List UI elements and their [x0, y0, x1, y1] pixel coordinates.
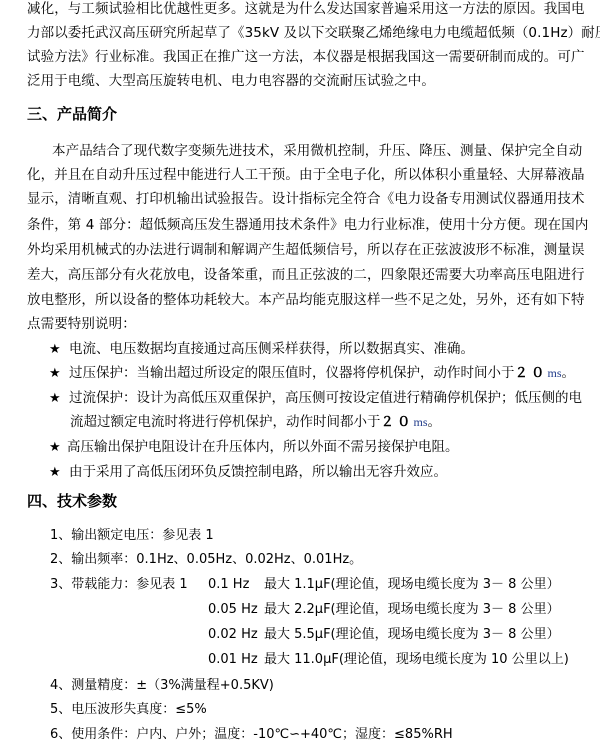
capacity-row: 0.1 Hz最大 1.1μF(理论值，现场电缆长度为 3－ 8 公里）	[208, 576, 560, 594]
paragraph-line: 条件，第 4 部分：超低频高压发生器通用技术条件》电力行业标准，使用十分方便。现…	[27, 216, 588, 234]
capacity-frequency: 0.05 Hz	[208, 601, 264, 619]
capacity-value: 最大 5.5μF(理论值，现场电缆长度为 3－ 8 公里）	[264, 627, 560, 642]
bullet-text: 过流保护：设计为高低压双重保护，高压侧可按设定值进行精确停机保护；低压侧的电	[69, 390, 582, 406]
intro-line: 试验方法》行业标准。我国正在推广这一方法，本仪器是根据我国这一需要研制而成的。可…	[27, 48, 585, 66]
bullet-text: 电流、电压数据均直接通过高压侧采样获得，所以数据真实、准确。	[69, 341, 474, 357]
param-item: 5、电压波形失真度：≤5%	[50, 701, 207, 719]
capacity-frequency: 0.1 Hz	[208, 576, 264, 594]
paragraph-line: 放电整形，所以设备的整体功耗较大。本产品均能克服这样一些不足之处，另外，还有如下…	[27, 291, 585, 309]
param-item: 3、带载能力：参见表 1	[50, 576, 188, 594]
feature-bullet: ★过流保护：设计为高低压双重保护，高压侧可按设定值进行精确停机保护；低压侧的电	[49, 389, 582, 408]
bullet-end: 。	[562, 365, 576, 381]
paragraph-line: 化，并且在自动升压过程中能进行人工干预。由于全电子化，所以体积小重量轻、大屏幕液…	[27, 166, 585, 184]
star-icon: ★	[49, 341, 63, 359]
feature-bullet-continuation: 流超过额定电流时将进行停机保护，动作时间都小于２０ms。	[70, 413, 441, 431]
intro-line: 减化，与工频试验相比优越性更多。这就是为什么发达国家普遍采用这一方法的原因。我国…	[27, 0, 585, 18]
star-icon: ★	[49, 464, 63, 482]
star-icon: ★	[49, 390, 63, 408]
bullet-text: 高压输出保护电阻设计在升压体内，所以外面不需另接保护电阻。	[67, 439, 459, 455]
capacity-frequency: 0.02 Hz	[208, 626, 264, 644]
time-value: ２０	[515, 365, 548, 381]
feature-bullet: ★电流、电压数据均直接通过高压侧采样获得，所以数据真实、准确。	[49, 340, 474, 359]
paragraph-line: 本产品结合了现代数字变频先进技术，采用微机控制，升压、降压、测量、保护完全自动	[52, 142, 582, 160]
capacity-row: 0.02 Hz最大 5.5μF(理论值，现场电缆长度为 3－ 8 公里）	[208, 626, 560, 644]
bullet-end: 。	[428, 414, 442, 430]
paragraph-line: 外均采用机械式的办法进行调制和解调产生超低频信号，所以存在正弦波波形不标准，测量…	[27, 241, 585, 259]
time-unit: ms	[548, 366, 562, 380]
paragraph-line: 点需要特别说明：	[27, 315, 136, 333]
capacity-value: 最大 1.1μF(理论值，现场电缆长度为 3－ 8 公里）	[264, 577, 560, 592]
section-heading-product-intro: 三、产品简介	[27, 104, 117, 124]
feature-bullet: ★过压保护：当输出超过所设定的限压值时，仪器将停机保护，动作时间小于２０ms。	[49, 364, 575, 383]
time-value: ２０	[381, 414, 414, 430]
capacity-frequency: 0.01 Hz	[208, 651, 264, 669]
intro-line: 泛用于电缆、大型高压旋转电机、电力电容器的交流耐压试验之中。	[27, 72, 435, 90]
param-item: 4、测量精度：±（3%满量程+0.5KV)	[50, 677, 274, 695]
paragraph-line: 差大，高压部分有火花放电，设备笨重，而且正弦波的二，四象限还需要大功率高压电阻进…	[27, 266, 585, 284]
feature-bullet: ★由于采用了高低压闭环负反馈控制电路，所以输出无容升效应。	[49, 463, 447, 482]
star-icon: ★	[49, 365, 63, 383]
time-unit: ms	[414, 415, 428, 429]
intro-line: 力部以委托武汉高压研究所起草了《35kV 及以下交联聚乙烯绝缘电力电缆超低频（0…	[27, 24, 600, 42]
capacity-value: 最大 11.0μF(理论值，现场电缆长度为 10 公里以上)	[264, 652, 569, 667]
document-page: 减化，与工频试验相比优越性更多。这就是为什么发达国家普遍采用这一方法的原因。我国…	[0, 0, 600, 745]
bullet-text: 过压保护：当输出超过所设定的限压值时，仪器将停机保护，动作时间小于	[69, 365, 515, 381]
param-item: 1、输出额定电压：参见表 1	[50, 527, 214, 545]
capacity-row: 0.01 Hz最大 11.0μF(理论值，现场电缆长度为 10 公里以上)	[208, 651, 569, 669]
paragraph-line: 显示，清晰直观、打印机输出试验报告。设计指标完全符合《电力设备专用测试仪器通用技…	[27, 190, 585, 208]
feature-bullet: ★高压输出保护电阻设计在升压体内，所以外面不需另接保护电阻。	[49, 438, 459, 457]
param-item: 2、输出频率：0.1Hz、0.05Hz、0.02Hz、0.01Hz。	[50, 551, 362, 569]
bullet-text: 流超过额定电流时将进行停机保护，动作时间都小于	[70, 414, 381, 430]
bullet-text: 由于采用了高低压闭环负反馈控制电路，所以输出无容升效应。	[69, 464, 447, 480]
capacity-value: 最大 2.2μF(理论值，现场电缆长度为 3－ 8 公里）	[264, 602, 560, 617]
section-heading-tech-params: 四、技术参数	[27, 491, 117, 511]
star-icon: ★	[49, 439, 63, 457]
param-item: 6、使用条件：户内、户外；温度：-10℃∽+40℃；湿度：≤85%RH	[50, 726, 453, 744]
capacity-row: 0.05 Hz最大 2.2μF(理论值，现场电缆长度为 3－ 8 公里）	[208, 601, 560, 619]
